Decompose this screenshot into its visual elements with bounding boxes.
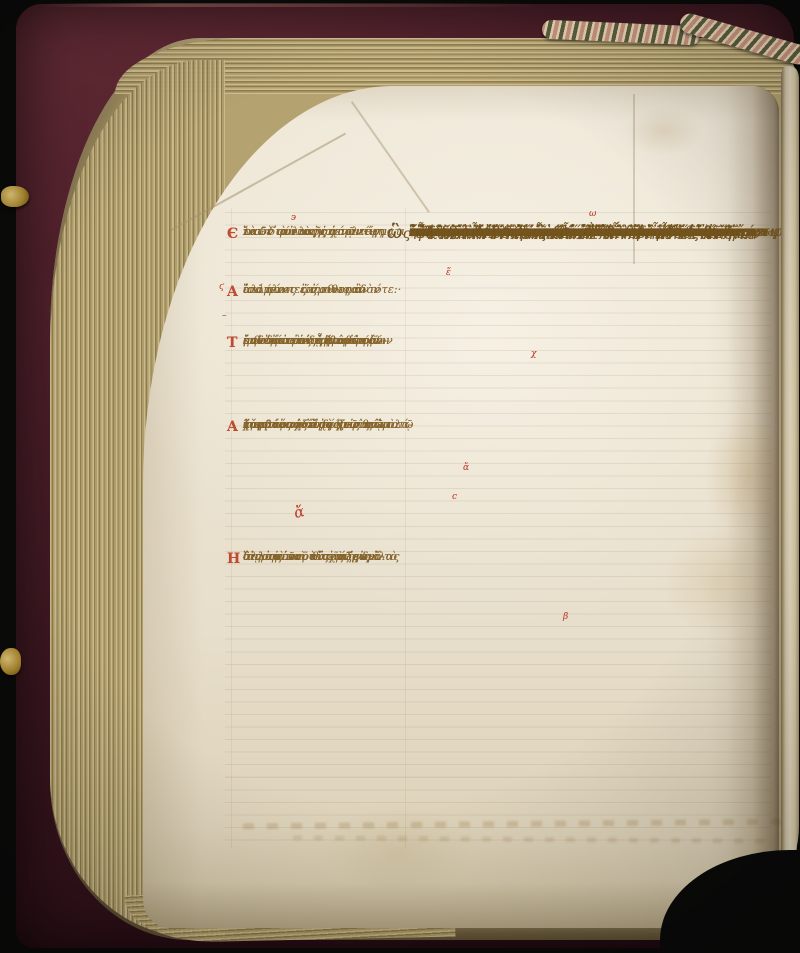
- clasp-pin: [0, 648, 21, 675]
- rubric-mark: ἅ: [463, 463, 469, 473]
- rubric-mark: ω: [589, 209, 596, 219]
- clasp-pin: [1, 186, 29, 207]
- main-text-column: ἵππους μὲν θεράποντες ἐρυκόντων ἐπὶ τάφρ…: [409, 220, 779, 805]
- stain: [323, 806, 473, 896]
- scholion-line: ἵππους καὶ τὰς τάξεις·-: [243, 551, 377, 564]
- vertical-rule: [405, 208, 406, 848]
- cover-edge-highlight: [40, 3, 540, 7]
- scholion-line: λαῶν φυλακῆς χάριν·—: [243, 226, 378, 239]
- rubric-mark: χ: [531, 349, 536, 359]
- rubric-initial: Α: [227, 419, 238, 435]
- rubric-initial: Τ: [227, 335, 238, 351]
- scholion-line: καὶ δόκιμος ᾖ μοι:-: [243, 335, 352, 348]
- rubric-mark: ϶: [291, 213, 296, 223]
- rubric-mark: ϛ: [219, 282, 224, 292]
- rubric-initial: Α: [227, 284, 238, 300]
- surface-scratch: [351, 101, 430, 212]
- rubric-mark: β: [563, 612, 568, 622]
- fore-edge-sliver: [781, 66, 799, 862]
- verse-line: τῶν δὲ τετάρτων ἦρχεν ἐῢς πάϊς ἀγχίσαο: [409, 220, 703, 245]
- rubric-mark: –: [222, 311, 227, 321]
- rubric-initial: Є: [227, 226, 238, 242]
- rubric-mark: ϲ: [452, 492, 457, 502]
- vertical-rule: [231, 208, 232, 848]
- rubric-mark: ἕ: [446, 268, 451, 278]
- manuscript-photograph: ἵππους μὲν θεράποντες ἐρυκόντων ἐπὶ τάφρ…: [0, 0, 800, 953]
- scholion-line: ττηται· τάξει δέ ζ:·: [243, 419, 352, 432]
- stain: [623, 106, 703, 156]
- scholion-line: ἀλλήλοις ἑπέσθωσαν τότε:·: [243, 284, 401, 297]
- rubric-initial: Η: [227, 551, 240, 567]
